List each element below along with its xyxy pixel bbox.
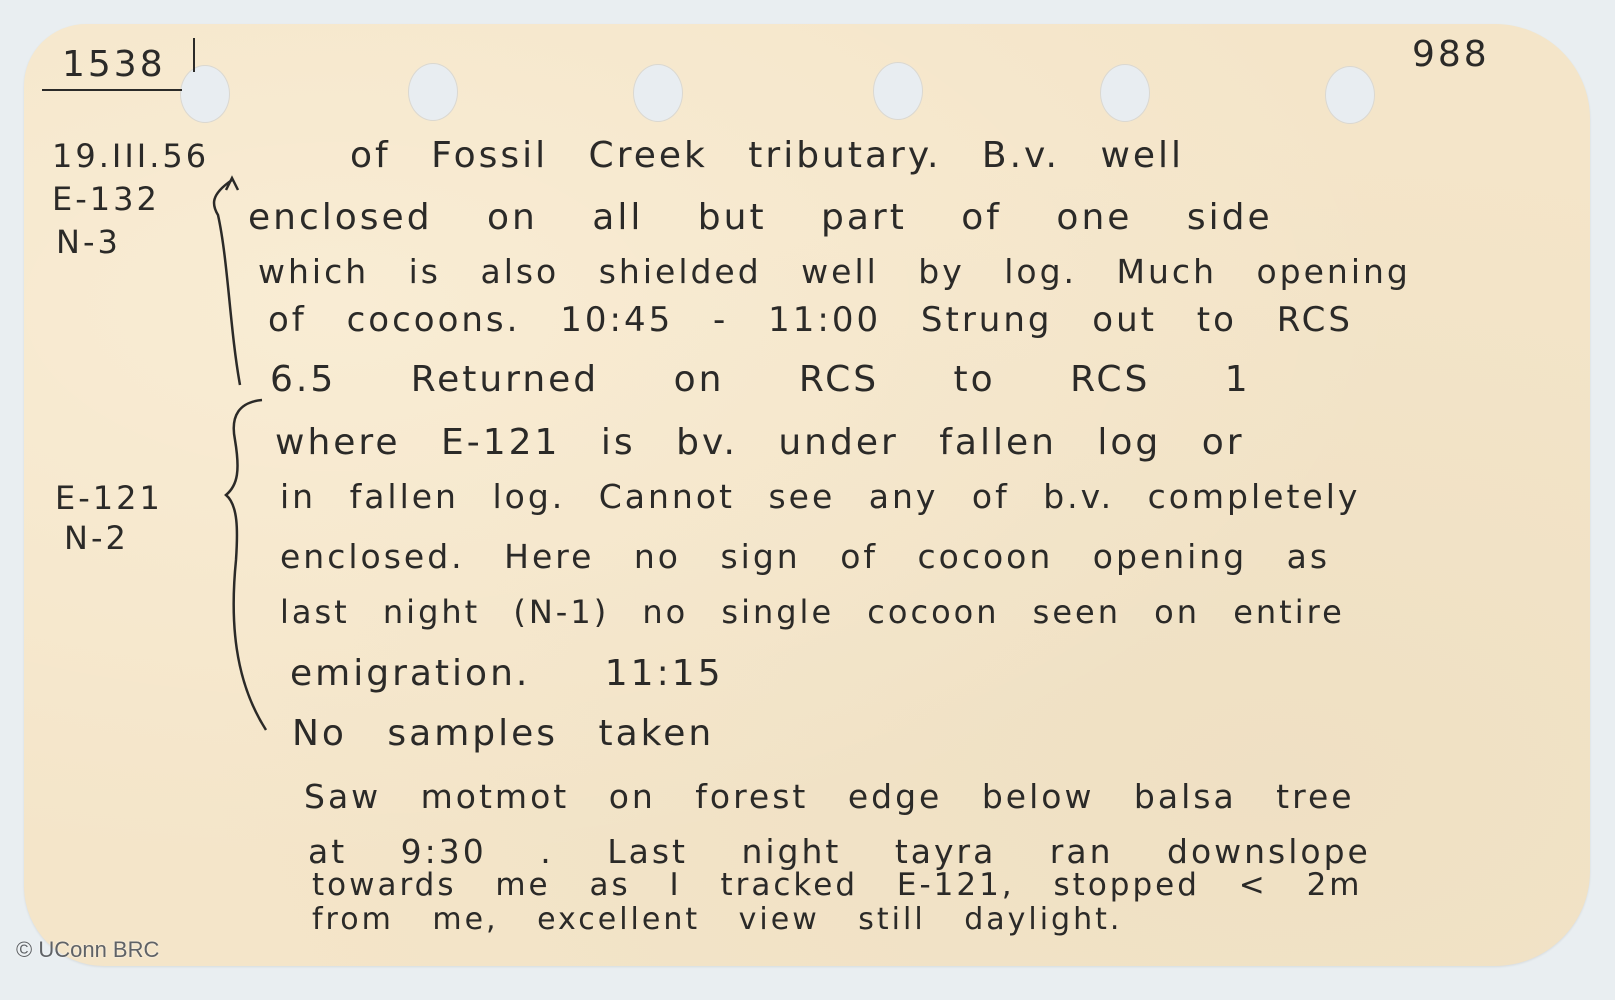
punch-hole bbox=[180, 65, 230, 123]
footer-line-4: from me, excellent view still daylight. bbox=[312, 905, 1122, 935]
catalog-underline bbox=[42, 89, 182, 91]
body-line-6: where E-121 is bv. under fallen log or bbox=[275, 425, 1245, 461]
punch-hole bbox=[873, 62, 923, 120]
page-number: 988 bbox=[1412, 34, 1490, 75]
entry-2-night: N-2 bbox=[64, 522, 129, 554]
punch-hole bbox=[1325, 66, 1375, 124]
footer-line-3: towards me as I tracked E-121, stopped <… bbox=[312, 870, 1363, 901]
footer-line-2: at 9:30 . Last night tayra ran downslope bbox=[308, 835, 1371, 868]
copyright-watermark: © UConn BRC bbox=[16, 937, 159, 963]
punch-hole bbox=[633, 64, 683, 122]
body-line-1: of Fossil Creek tributary. B.v. well bbox=[350, 138, 1184, 174]
entry-2-id: E-121 bbox=[55, 482, 163, 514]
body-line-2: enclosed on all but part of one side bbox=[248, 200, 1273, 236]
body-line-9: last night (N-1) no single cocoon seen o… bbox=[280, 596, 1345, 628]
body-line-11: No samples taken bbox=[292, 716, 714, 752]
body-line-10: emigration. 11:15 bbox=[290, 656, 724, 692]
date-note: 19.III.56 bbox=[52, 140, 209, 172]
entry-1-night: N-3 bbox=[56, 226, 121, 258]
punch-hole bbox=[408, 63, 458, 121]
body-line-7: in fallen log. Cannot see any of b.v. co… bbox=[280, 480, 1360, 513]
document-viewer: 1538 988 19.III.56 E-132 N-3 E-121 N-2 o… bbox=[0, 0, 1615, 1000]
body-line-5: 6.5 Returned on RCS to RCS 1 bbox=[270, 362, 1251, 398]
catalog-number: 1538 bbox=[62, 44, 166, 85]
catalog-divider bbox=[193, 38, 195, 72]
body-line-8: enclosed. Here no sign of cocoon opening… bbox=[280, 540, 1330, 573]
body-line-4: of cocoons. 10:45 - 11:00 Strung out to … bbox=[268, 303, 1353, 337]
footer-line-1: Saw motmot on forest edge below balsa tr… bbox=[304, 780, 1355, 813]
body-line-3: which is also shielded well by log. Much… bbox=[258, 255, 1411, 288]
entry-1-id: E-132 bbox=[52, 183, 160, 215]
punch-hole bbox=[1100, 64, 1150, 122]
